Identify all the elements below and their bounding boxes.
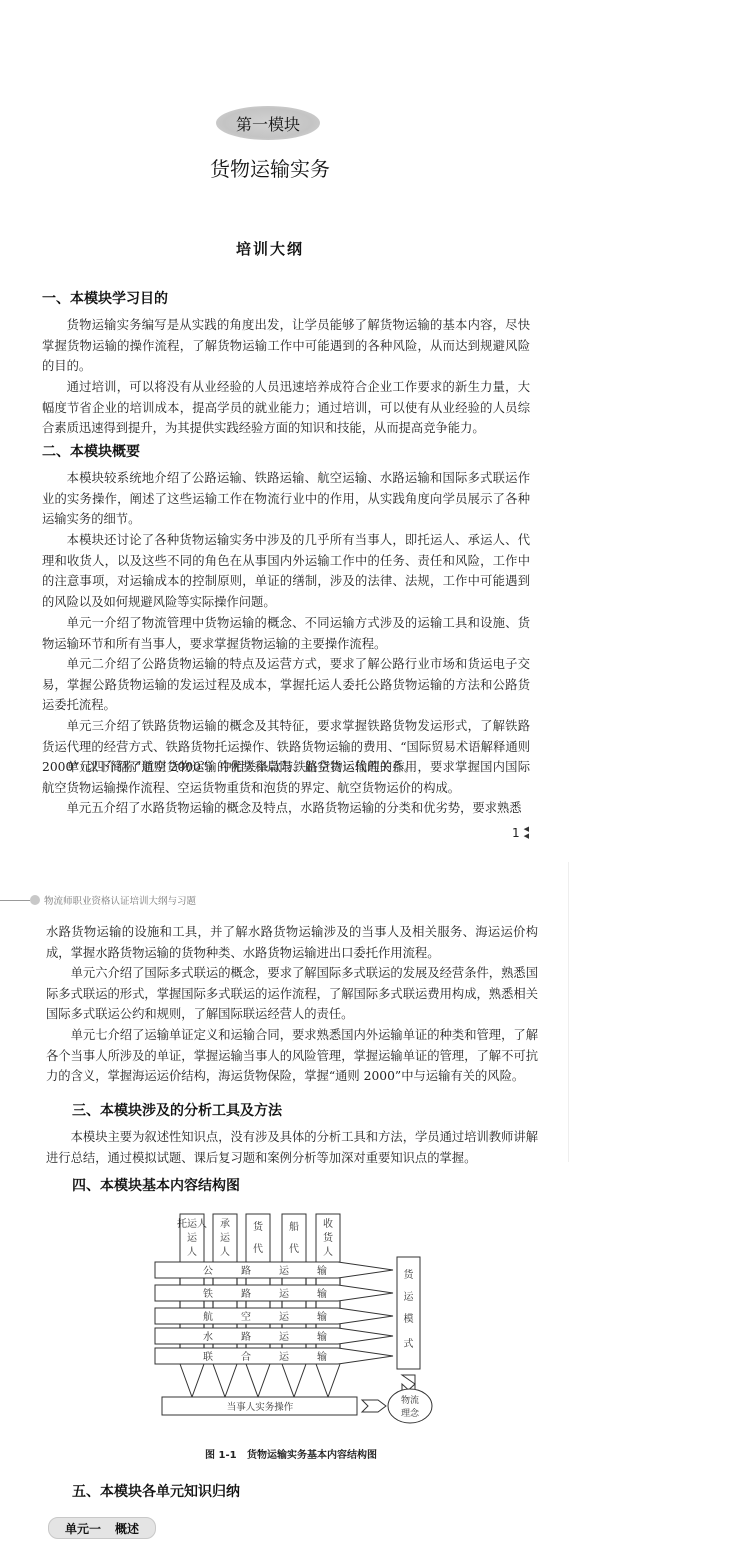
svg-text:运: 运 [404,1291,415,1303]
header-dot-icon [30,895,40,905]
content-structure-diagram: 托运人 承 货 船 收 运 人 运 人 代 代 货 人 公路运输 铁路运输 航空… [150,1200,450,1440]
section-2-paragraph-1: 本模块较系统地介绍了公路运输、铁路运输、航空运输、水路运输和国际多式联运作业的实… [42,468,530,530]
section-4-heading: 四、本模块基本内容结构图 [72,1175,240,1195]
svg-text:货: 货 [323,1231,334,1244]
unit-1-tag: 单元一 概述 [48,1517,156,1539]
svg-text:输: 输 [317,1330,327,1343]
svg-text:航: 航 [203,1310,213,1323]
svg-text:人: 人 [187,1245,197,1258]
module-badge: 第一模块 [216,106,320,140]
svg-text:船: 船 [289,1220,299,1233]
svg-text:承: 承 [220,1218,230,1230]
module-title: 货物运输实务 [200,153,340,182]
running-header-text: 物流师职业资格认证培训大纲与习题 [44,893,196,907]
page-arrows-icon: ◀◀ [524,826,529,840]
svg-text:货: 货 [253,1220,264,1233]
unit-tag-number: 单元一 [65,1520,101,1537]
page-number: 1 ◀◀ [512,826,529,840]
figure-title: 货物运输实务基本内容结构图 [247,1450,377,1461]
section-1-heading: 一、本模块学习目的 [42,288,168,308]
svg-text:运: 运 [220,1232,231,1244]
section-2-paragraph-4: 单元二介绍了公路货物运输的特点及运营方式，要求了解公路行业市场和货运电子交易，掌… [42,654,530,716]
svg-text:输: 输 [317,1264,327,1277]
svg-text:货: 货 [404,1268,415,1281]
section-2-paragraph-6: 单元四介绍了航空货物运输的优势和局限、航空货运代理的作用，要求掌握国内国际航空货… [42,757,530,798]
unit-6-paragraph: 单元六介绍了国际多式联运的概念，要求了解国际多式联运的发展及经营条件，熟悉国际多… [46,963,538,1025]
svg-text:铁: 铁 [203,1287,213,1300]
svg-text:运: 运 [187,1232,198,1244]
page-1: 第一模块 货物运输实务 培训大纲 一、本模块学习目的 货物运输实务编写是从实践的… [0,0,750,860]
svg-text:合: 合 [241,1350,251,1363]
svg-text:收: 收 [323,1217,333,1230]
svg-text:联: 联 [203,1351,213,1363]
section-3-paragraph: 本模块主要为叙述性知识点，没有涉及具体的分析工具和方法，学员通过培训教师讲解进行… [46,1127,538,1168]
running-header: 物流师职业资格认证培训大纲与习题 [0,893,196,907]
svg-text:理念: 理念 [401,1407,420,1419]
svg-text:输: 输 [317,1310,327,1323]
svg-text:运: 运 [279,1351,290,1363]
page-number-text: 1 [512,826,520,840]
section-5-heading: 五、本模块各单元知识归纳 [72,1481,240,1501]
section-1-paragraph-2: 通过培训，可以将没有从业经验的人员迅速培养成符合企业工作要求的新生力量，大幅度节… [42,377,530,439]
outline-title: 培训大纲 [200,238,340,259]
svg-text:输: 输 [317,1287,327,1300]
svg-text:物流: 物流 [401,1394,419,1406]
figure-number: 图 1-1 [205,1450,237,1461]
svg-text:模: 模 [404,1312,414,1325]
svg-text:公: 公 [203,1266,213,1277]
unit-7-paragraph: 单元七介绍了运输单证定义和运输合同，要求熟悉国内外运输单证的种类和管理，了解各个… [46,1025,538,1087]
unit-tag-title: 概述 [115,1520,139,1537]
svg-text:路: 路 [241,1264,251,1277]
header-rule [0,900,30,901]
section-2-heading: 二、本模块概要 [42,441,140,461]
svg-text:托运人: 托运人 [177,1217,207,1230]
svg-text:路: 路 [241,1330,251,1343]
svg-text:运: 运 [279,1288,290,1300]
section-2-paragraph-2: 本模块还讨论了各种货物运输实务中涉及的几乎所有当事人，即托运人、承运人、代理和收… [42,530,530,612]
section-3-heading: 三、本模块涉及的分析工具及方法 [72,1100,282,1120]
svg-text:输: 输 [317,1350,327,1363]
svg-text:人: 人 [323,1245,333,1258]
section-1-paragraph-1: 货物运输实务编写是从实践的角度出发，让学员能够了解货物运输的基本内容，尽快掌握货… [42,315,530,377]
svg-text:代: 代 [289,1242,299,1255]
svg-text:代: 代 [253,1242,263,1255]
section-2-paragraph-7: 单元五介绍了水路货物运输的概念及特点，水路货物运输的分类和优劣势，要求熟悉 [42,798,530,819]
figure-caption: 图 1-1 货物运输实务基本内容结构图 [205,1446,377,1461]
svg-text:人: 人 [220,1245,230,1258]
svg-text:当事人实务操作: 当事人实务操作 [227,1401,294,1413]
svg-text:运: 运 [279,1311,290,1323]
section-2-paragraph-3: 单元一介绍了物流管理中货物运输的概念、不同运输方式涉及的运输工具和设施、货物运输… [42,613,530,654]
svg-text:空: 空 [241,1310,251,1323]
svg-text:运: 运 [279,1331,290,1343]
svg-text:式: 式 [404,1337,414,1350]
svg-text:运: 运 [279,1265,290,1277]
page-edge-divider [568,862,569,1162]
svg-text:路: 路 [241,1287,251,1300]
continued-paragraph: 水路货物运输的设施和工具，并了解水路货物运输涉及的当事人及相关服务、海运运价构成… [46,922,538,963]
svg-text:水: 水 [203,1330,213,1343]
